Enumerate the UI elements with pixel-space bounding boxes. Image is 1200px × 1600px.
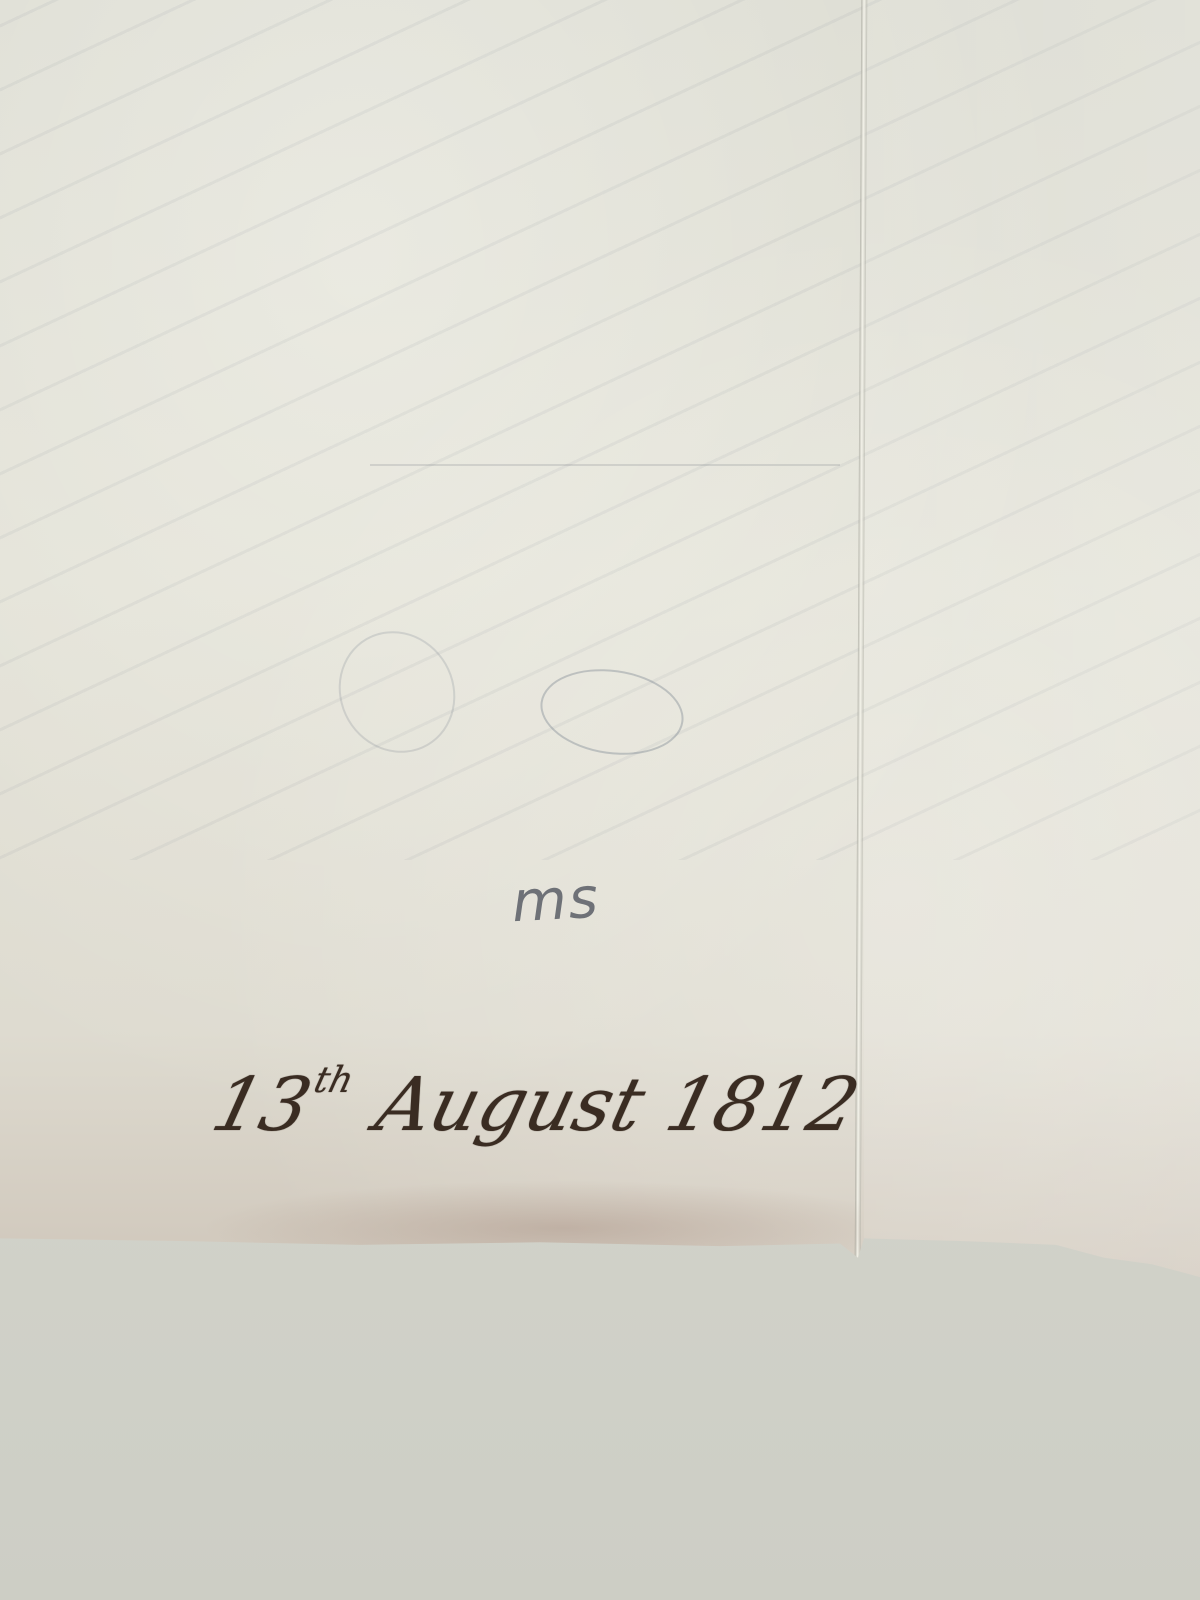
date-year: 1812 [658, 1062, 868, 1148]
handwritten-date: 13thAugust1812 [204, 1060, 868, 1148]
pencil-annotation: ms [510, 866, 601, 936]
bleed-through-rule-line [370, 464, 840, 466]
date-month: August [368, 1062, 653, 1148]
date-day: 13 [204, 1062, 320, 1148]
document-paper: ms 13thAugust1812 [0, 0, 1200, 1290]
document-right-panel [864, 0, 1200, 1290]
